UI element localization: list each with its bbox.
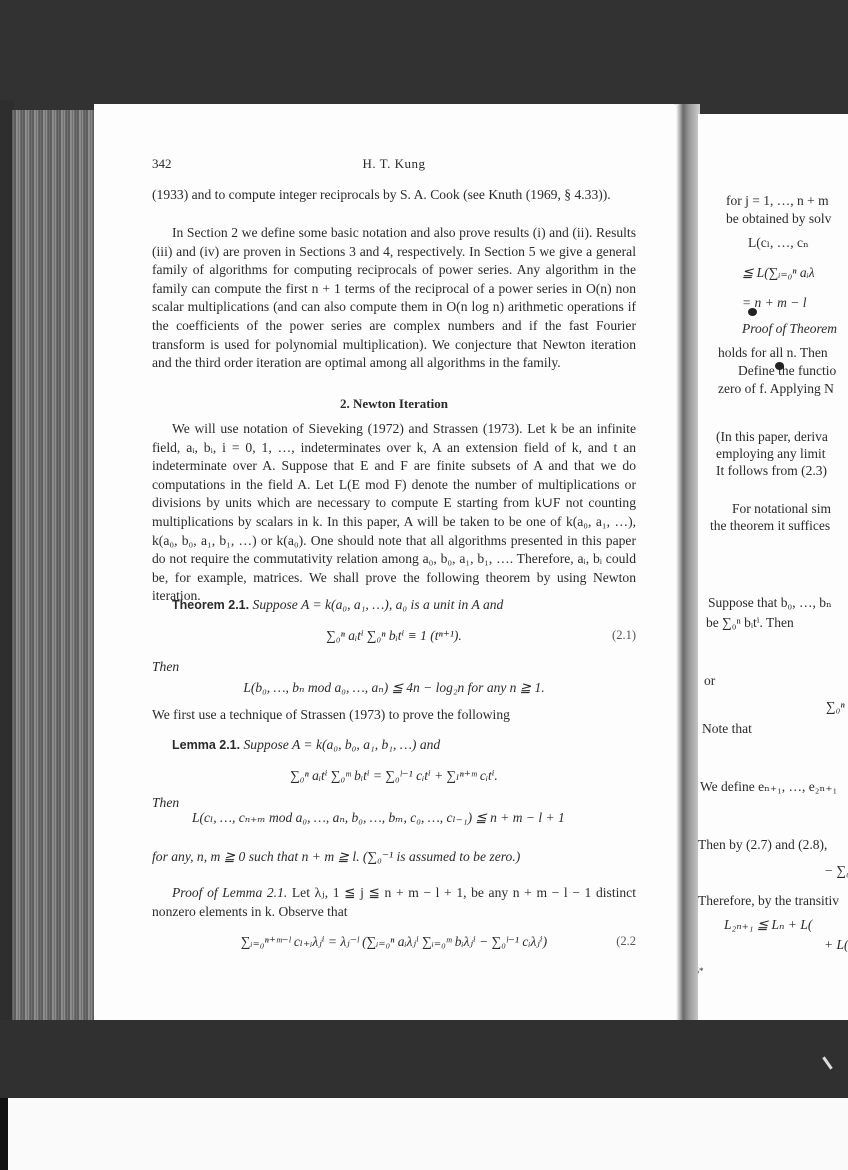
right-line: L₂ₙ₊₁ ≦ Lₙ + L( [724,916,848,934]
right-line: employing any limit [716,445,848,463]
equation-number: (2.1) [612,628,636,643]
equation-body: ∑₀ⁿ aᵢtⁱ ∑₀ⁿ bᵢtⁱ ≡ 1 (tⁿ⁺¹). [326,628,462,643]
paragraph-4: We first use a technique of Strassen (19… [152,706,636,725]
equation-2-1: ∑₀ⁿ aᵢtⁱ ∑₀ⁿ bᵢtⁱ ≡ 1 (tⁿ⁺¹). (2.1) [152,628,636,644]
right-line: zero of f. Applying N [718,380,848,398]
then-label: Then [152,658,636,677]
ink-smudge [748,308,757,316]
right-line: Define the functio [738,362,848,380]
lemma-2-1: Lemma 2.1. Suppose A = k(a₀, b₀, a₁, b₁,… [152,736,636,755]
scan-background-top [0,0,848,118]
right-line: ∑₀ⁿ b [826,698,848,716]
equation-body: ∑ᵢ₌₀ⁿ⁺ᵐ⁻ˡ cₗ₊ᵢλⱼⁱ = λⱼ⁻ˡ (∑ᵢ₌₀ⁿ aᵢλⱼⁱ ∑ᵢ… [241,934,547,949]
right-line: = n + m − l [742,294,848,312]
right-line: It follows from (2.3) [716,462,848,480]
ink-smudge [775,362,784,370]
right-line: Suppose that b₀, …, bₙ [708,594,848,612]
right-line: (In this paper, deriva [716,428,848,446]
paragraph-2: In Section 2 we define some basic notati… [152,224,636,373]
lemma-result: L(cₗ, …, cₙ₊ₘ mod a₀, …, aₙ, b₀, …, bₘ, … [152,810,636,826]
right-line: Therefore, by the transitiv [698,892,848,910]
paragraph-1: (1933) and to compute integer reciprocal… [152,186,636,205]
right-line: holds for all n. Then [718,344,848,362]
lemma-equation: ∑₀ⁿ aᵢtⁱ ∑₀ᵐ bᵢtⁱ = ∑₀ˡ⁻¹ cᵢtⁱ + ∑ₗⁿ⁺ᵐ c… [152,768,636,784]
right-line: − ∑₀ⁿ [824,862,848,880]
right-line: be obtained by solv [726,210,848,228]
theorem-result: L(b₀, …, bₙ mod a₀, …, aₙ) ≦ 4n − log₂n … [152,680,636,696]
right-signature: 25* [698,962,848,980]
book-page-edges [12,110,100,1030]
right-line: the theorem it suffices [710,517,848,535]
right-line: We define eₙ₊₁, …, e₂ₙ₊₁ [700,778,848,796]
running-head: H. T. Kung [152,156,636,172]
right-line: ≦ L(∑ᵢ₌₀ⁿ aᵢλ [742,264,848,282]
lemma-statement: Suppose A = k(a₀, b₀, a₁, b₁, …) and [244,737,441,752]
right-line: or [704,672,848,690]
theorem-statement: Suppose A = k(a₀, a₁, …), a₀ is a unit i… [253,597,504,612]
lemma-label: Lemma 2.1. [172,738,240,752]
scan-background-bottom [0,1020,848,1098]
equation-number: (2.2 [616,934,636,949]
section-title: 2. Newton Iteration [152,396,636,412]
equation-2-2: ∑ᵢ₌₀ⁿ⁺ᵐ⁻ˡ cₗ₊ᵢλⱼⁱ = λⱼ⁻ˡ (∑ᵢ₌₀ⁿ aᵢλⱼⁱ ∑ᵢ… [152,934,636,950]
right-page: for j = 1, …, n + m be obtained by solv … [698,114,848,1034]
right-line: Then by (2.7) and (2.8), [698,836,848,854]
theorem-label: Theorem 2.1. [172,598,249,612]
right-line: L(cₗ, …, cₙ [748,234,848,252]
scan-margin-bottom [0,1098,848,1170]
book-gutter [676,104,700,1034]
proof-lemma-2-1: Proof of Lemma 2.1. Let λⱼ, 1 ≦ j ≦ n + … [152,884,636,921]
proof-label: Proof of Lemma 2.1. [172,885,287,900]
right-line: + L( [824,936,848,954]
right-line: Proof of Theorem [742,320,848,338]
paragraph-3: We will use notation of Sieveking (1972)… [152,420,636,606]
right-line: be ∑₀ⁿ bᵢtⁱ. Then [706,614,848,632]
theorem-2-1: Theorem 2.1. Suppose A = k(a₀, a₁, …), a… [152,596,636,615]
lemma-condition: for any, n, m ≧ 0 such that n + m ≧ l. (… [152,848,636,867]
right-line: Note that [702,720,848,738]
right-line: For notational sim [732,500,848,518]
scan-edge [0,1098,8,1170]
right-line: for j = 1, …, n + m [726,192,848,210]
